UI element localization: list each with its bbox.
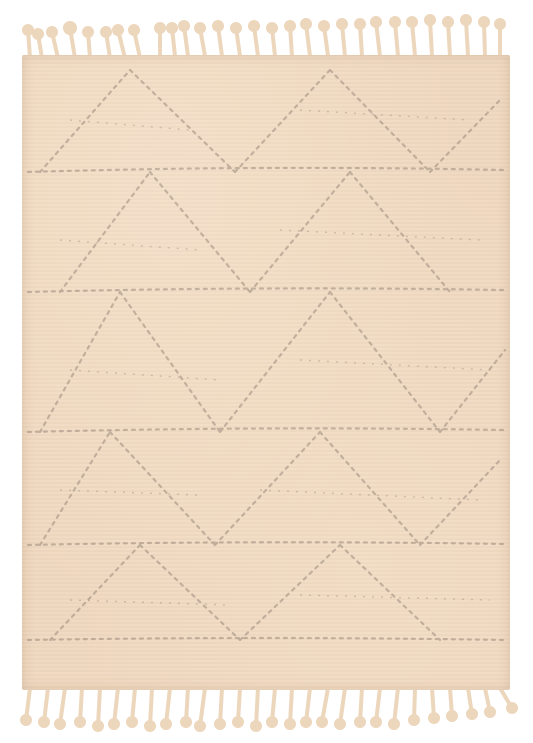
rug-photo: [0, 0, 533, 743]
rug-pattern: [0, 0, 533, 743]
